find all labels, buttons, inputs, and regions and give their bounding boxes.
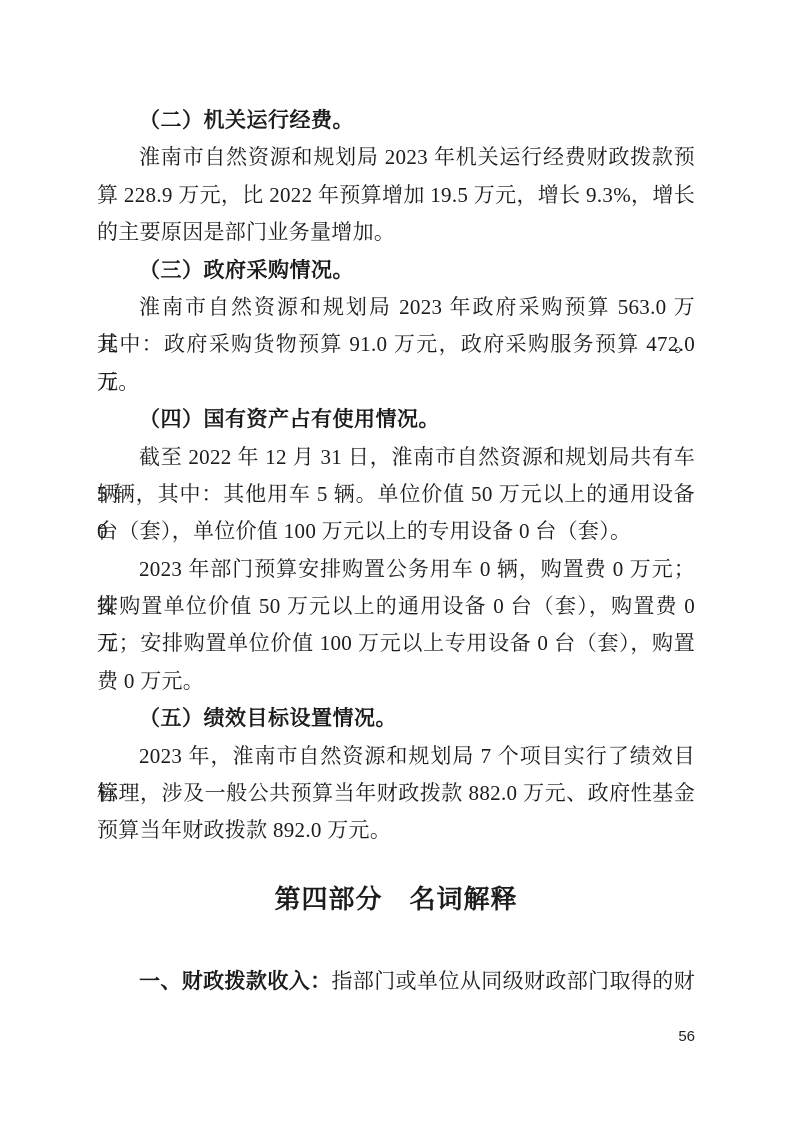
body-line: 元。 [97, 364, 695, 401]
body-line: 2023 年部门预算安排购置公务用车 0 辆，购置费 0 万元；安 [97, 551, 695, 588]
term-definition-line: 一、财政拨款收入：指部门或单位从同级财政部门取得的财 [97, 963, 695, 1000]
body-line: 截至 2022 年 12 月 31 日，淮南市自然资源和规划局共有车辆 [97, 439, 695, 476]
section-heading-4: （四）国有资产占有使用情况。 [97, 401, 695, 438]
term-label: 一、财政拨款收入： [139, 970, 332, 993]
body-line: 2023 年，淮南市自然资源和规划局 7 个项目实行了绩效目标 [97, 738, 695, 775]
body-line: 算 228.9 万元，比 2022 年预算增加 19.5 万元，增长 9.3%，… [97, 177, 695, 214]
body-line: 预算当年财政拨款 892.0 万元。 [97, 812, 695, 849]
body-line: 费 0 万元。 [97, 663, 695, 700]
page-content: （二）机关运行经费。 淮南市自然资源和规划局 2023 年机关运行经费财政拨款预… [97, 102, 695, 1000]
section-heading-2: （二）机关运行经费。 [97, 102, 695, 139]
body-line: 5 辆，其中：其他用车 5 辆。单位价值 50 万元以上的通用设备 0 [97, 476, 695, 513]
body-line: 管理，涉及一般公共预算当年财政拨款 882.0 万元、政府性基金 [97, 775, 695, 812]
section-heading-5: （五）绩效目标设置情况。 [97, 700, 695, 737]
body-line: 其中：政府采购货物预算 91.0 万元，政府采购服务预算 472.0 万 [97, 326, 695, 363]
document-page: （二）机关运行经费。 淮南市自然资源和规划局 2023 年机关运行经费财政拨款预… [0, 0, 793, 1122]
body-line: 淮南市自然资源和规划局 2023 年机关运行经费财政拨款预 [97, 139, 695, 176]
body-line: 排购置单位价值 50 万元以上的通用设备 0 台（套），购置费 0 万 [97, 588, 695, 625]
body-line: 的主要原因是部门业务量增加。 [97, 214, 695, 251]
term-text: 指部门或单位从同级财政部门取得的财 [332, 969, 696, 993]
page-number: 56 [678, 1028, 695, 1045]
part-title: 第四部分 名词解释 [97, 877, 695, 921]
body-line: 元；安排购置单位价值 100 万元以上专用设备 0 台（套），购置 [97, 625, 695, 662]
section-heading-3: （三）政府采购情况。 [97, 252, 695, 289]
body-line: 淮南市自然资源和规划局 2023 年政府采购预算 563.0 万元。 [97, 289, 695, 326]
body-line: 台（套），单位价值 100 万元以上的专用设备 0 台（套）。 [97, 513, 695, 550]
